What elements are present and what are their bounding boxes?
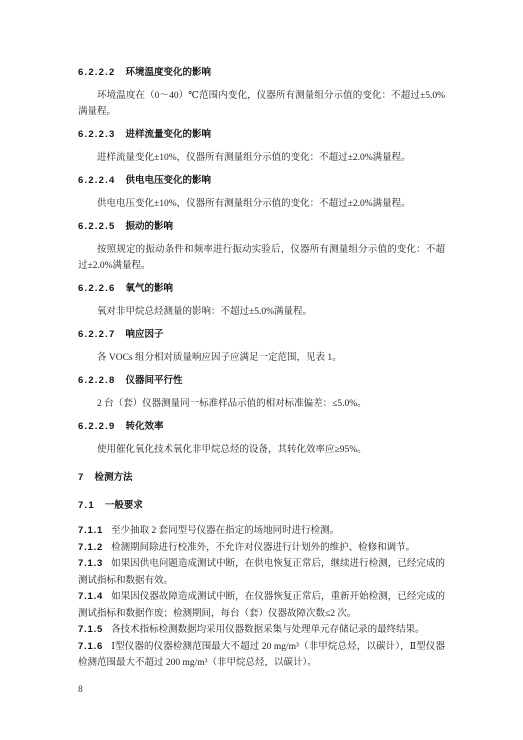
section-number: 6.2.2.3 (78, 129, 115, 140)
clause-text: 检测期间除进行校准外，不允许对仪器进行计划外的维护、检修和调节。 (111, 543, 415, 553)
paragraph: 使用催化氧化技术氧化非甲烷总烃的设备，其转化效率应≥95%。 (78, 442, 445, 458)
document-page: 6.2.2.2环境温度变化的影响 环境温度在（0～40）℃范围内变化，仪器所有测… (0, 0, 523, 740)
paragraph: 进样流量变化±10%，仪器所有测量组分示值的变化：不超过±2.0%满量程。 (78, 150, 445, 166)
clause-712: 7.1.2检测期间除进行校准外，不允许对仪器进行计划外的维护、检修和调节。 (78, 540, 445, 557)
section-number: 6.2.2.9 (78, 421, 115, 432)
chapter-heading-7: 7检测方法 (78, 470, 445, 486)
section-title: 一般要求 (105, 500, 143, 511)
page-number: 8 (78, 685, 83, 695)
section-number: 6.2.2.6 (78, 283, 115, 294)
clause-number: 7.1.3 (78, 558, 103, 569)
paragraph: 环境温度在（0～40）℃范围内变化，仪器所有测量组分示值的变化：不超过±5.0%… (78, 88, 445, 120)
section-heading-6224: 6.2.2.4供电电压变化的影响 (78, 173, 445, 189)
section-number: 6.2.2.2 (78, 67, 115, 78)
clause-number: 7.1.2 (78, 542, 103, 553)
clause-number: 7.1.1 (78, 525, 103, 536)
paragraph: 供电电压变化±10%，仪器所有测量组分示值的变化：不超过±2.0%满量程。 (78, 196, 445, 212)
paragraph: 各 VOCs 组分相对质量响应因子应满足一定范围，见表 1。 (78, 350, 445, 366)
clause-711: 7.1.1至少抽取 2 套同型号仪器在指定的场地同时进行检测。 (78, 523, 445, 540)
clause-list: 7.1.1至少抽取 2 套同型号仪器在指定的场地同时进行检测。 7.1.2检测期… (78, 523, 445, 672)
section-heading-6223: 6.2.2.3进样流量变化的影响 (78, 127, 445, 143)
section-title: 仪器间平行性 (125, 375, 182, 386)
section-heading-6226: 6.2.2.6氧气的影响 (78, 281, 445, 297)
clause-text: Ⅰ型仪器的仪器检测范围最大不超过 20 mg/m³（非甲烷总烃，以碳计），Ⅱ型仪… (78, 642, 445, 669)
clause-714: 7.1.4如果因仪器故障造成测试中断，在仪器恢复正常后，重新开始检测，已经完成的… (78, 589, 445, 622)
section-title: 进样流量变化的影响 (125, 129, 211, 140)
clause-number: 7.1.6 (78, 641, 103, 652)
clause-715: 7.1.5各技术指标检测数据均采用仪器数据采集与处理单元存储记录的最终结果。 (78, 622, 445, 639)
section-title: 转化效率 (125, 421, 163, 432)
page-content: 6.2.2.2环境温度变化的影响 环境温度在（0～40）℃范围内变化，仪器所有测… (78, 58, 445, 672)
section-title: 振动的影响 (125, 221, 173, 232)
chapter-number: 7 (78, 472, 84, 483)
section-heading-6222: 6.2.2.2环境温度变化的影响 (78, 65, 445, 81)
paragraph: 2 台（套）仪器测量同一标准样品示值的相对标准偏差：≤5.0%。 (78, 396, 445, 412)
clause-text: 如果因仪器故障造成测试中断，在仪器恢复正常后，重新开始检测，已经完成的测试指标和… (78, 592, 445, 619)
clause-716: 7.1.6Ⅰ型仪器的仪器检测范围最大不超过 20 mg/m³（非甲烷总烃，以碳计… (78, 639, 445, 672)
section-heading-6225: 6.2.2.5振动的影响 (78, 219, 445, 235)
section-number: 6.2.2.8 (78, 375, 115, 386)
section-title: 环境温度变化的影响 (125, 67, 211, 78)
section-heading-6229: 6.2.2.9转化效率 (78, 419, 445, 435)
section-number: 7.1 (78, 500, 95, 511)
paragraph: 氧对非甲烷总烃测量的影响：不超过±5.0%满量程。 (78, 304, 445, 320)
section-title: 供电电压变化的影响 (125, 175, 211, 186)
section-number: 6.2.2.7 (78, 329, 115, 340)
clause-number: 7.1.5 (78, 624, 103, 635)
section-title: 氧气的影响 (125, 283, 173, 294)
clause-number: 7.1.4 (78, 591, 103, 602)
clause-text: 各技术指标检测数据均采用仪器数据采集与处理单元存储记录的最终结果。 (111, 625, 425, 635)
clause-text: 如果因供电问题造成测试中断，在供电恢复正常后，继续进行检测，已经完成的测试指标和… (78, 559, 445, 586)
paragraph: 按照规定的振动条件和频率进行振动实验后，仪器所有测量组分示值的变化：不超过±2.… (78, 242, 445, 274)
section-heading-6227: 6.2.2.7响应因子 (78, 327, 445, 343)
section-heading-71: 7.1一般要求 (78, 498, 445, 514)
section-title: 响应因子 (125, 329, 163, 340)
section-number: 6.2.2.4 (78, 175, 115, 186)
clause-713: 7.1.3如果因供电问题造成测试中断，在供电恢复正常后，继续进行检测，已经完成的… (78, 556, 445, 589)
section-heading-6228: 6.2.2.8仪器间平行性 (78, 373, 445, 389)
chapter-title: 检测方法 (94, 472, 132, 483)
clause-text: 至少抽取 2 套同型号仪器在指定的场地同时进行检测。 (111, 526, 339, 536)
section-number: 6.2.2.5 (78, 221, 115, 232)
